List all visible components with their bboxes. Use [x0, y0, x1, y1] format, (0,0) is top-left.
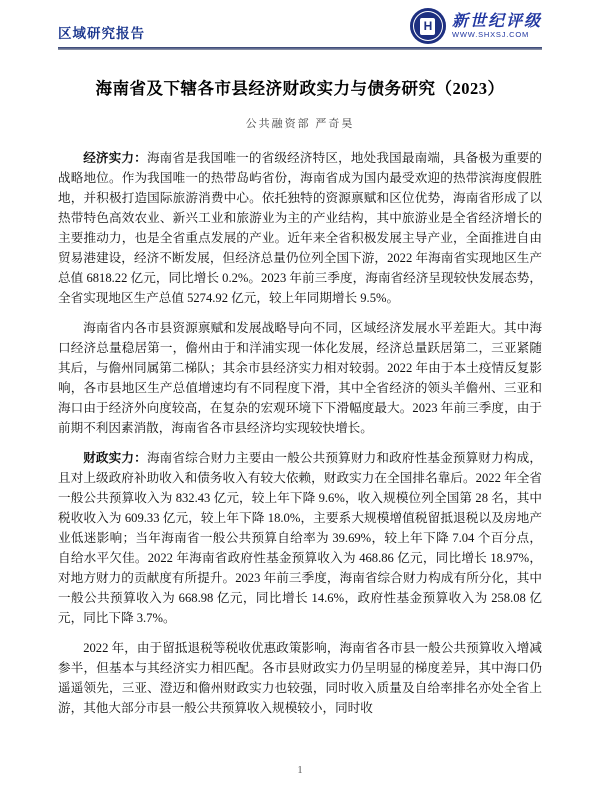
brand-url: WWW.SHXSJ.COM: [452, 31, 542, 39]
paragraph-lead: 财政实力：: [83, 451, 147, 465]
brand-logo: H 新世纪评级 WWW.SHXSJ.COM: [410, 8, 542, 46]
author-byline: 公共融资部 严奇昊: [58, 115, 542, 131]
paragraph-fiscal-strength: 财政实力：海南省综合财力主要由一般公共预算财力和政府性基金预算财力构成，且对上级…: [58, 448, 542, 628]
paragraph-economic-strength: 经济实力：海南省是我国唯一的省级经济特区，地处我国最南端，具备极为重要的战略地位…: [58, 148, 542, 308]
brand-name: 新世纪评级: [452, 13, 542, 31]
brand-text-block: 新世纪评级 WWW.SHXSJ.COM: [452, 13, 542, 40]
paragraph-county-fiscal: 2022 年，由于留抵退税等税收优惠政策影响，海南省各市县一般公共预算收入增减参…: [58, 638, 542, 718]
report-page: 区域研究报告 H 新世纪评级 WWW.SHXSJ.COM 海南省及下辖各市县经济…: [0, 0, 600, 800]
paragraph-text: 海南省内各市县资源禀赋和发展战略导向不同，区域经济发展水平差距大。其中海口经济总…: [58, 321, 542, 435]
paragraph-regional-economy: 海南省内各市县资源禀赋和发展战略导向不同，区域经济发展水平差距大。其中海口经济总…: [58, 318, 542, 438]
page-header: 区域研究报告 H 新世纪评级 WWW.SHXSJ.COM: [58, 0, 542, 46]
report-type-label: 区域研究报告: [58, 22, 145, 46]
document-title: 海南省及下辖各市县经济财政实力与债务研究（2023）: [58, 75, 542, 99]
paragraph-lead: 经济实力：: [83, 151, 147, 165]
page-number: 1: [0, 765, 600, 776]
brand-emblem-icon: H: [410, 8, 446, 44]
document-body: 经济实力：海南省是我国唯一的省级经济特区，地处我国最南端，具备极为重要的战略地位…: [58, 148, 542, 718]
paragraph-text: 海南省是我国唯一的省级经济特区，地处我国最南端，具备极为重要的战略地位。作为我国…: [58, 151, 542, 305]
brand-emblem-letter: H: [420, 18, 435, 35]
paragraph-text: 2022 年，由于留抵退税等税收优惠政策影响，海南省各市县一般公共预算收入增减参…: [58, 641, 542, 715]
paragraph-text: 海南省综合财力主要由一般公共预算财力和政府性基金预算财力构成，且对上级政府补助收…: [58, 451, 542, 625]
header-divider: [58, 47, 542, 50]
